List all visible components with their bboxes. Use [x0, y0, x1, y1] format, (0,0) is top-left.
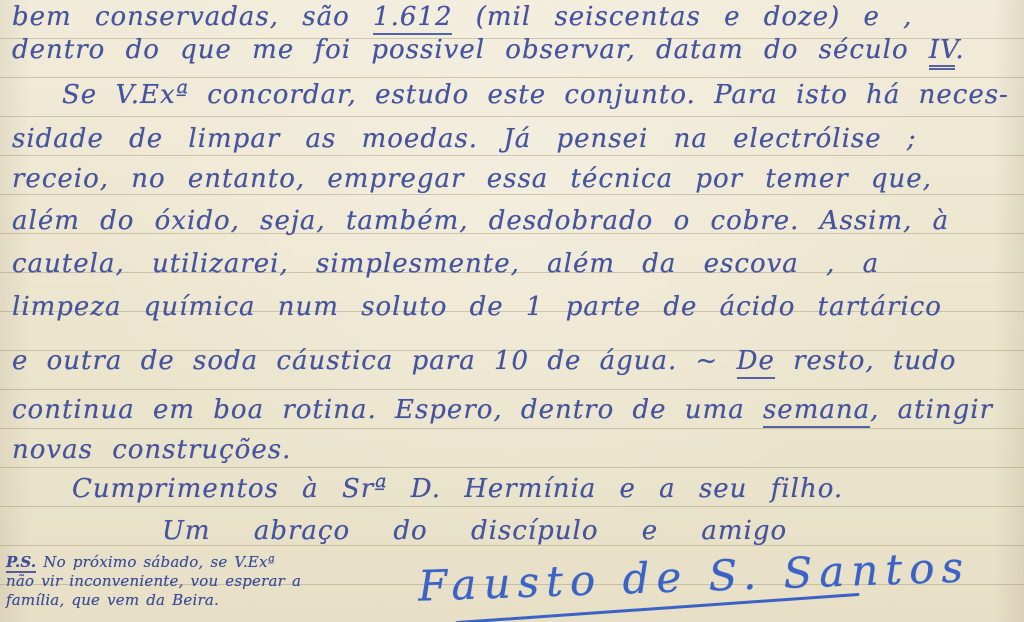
ps-label: P.S.: [6, 553, 36, 573]
letter-line: Se V.Exª concordar, estudo este conjunto…: [62, 79, 1018, 111]
ps-line-1: No próximo sábado, se V.Exª: [36, 553, 275, 571]
signature: Fausto de S. Santos: [417, 542, 971, 611]
ps-line-2: não vir inconveniente, vou esperar a: [6, 572, 301, 590]
ps-note: P.S. No próximo sábado, se V.Exª não vir…: [6, 553, 336, 610]
letter-line: receio, no entanto, empregar essa técnic…: [12, 163, 1018, 195]
ps-line-3: família, que vem da Beira.: [6, 591, 219, 609]
letter-page: bem conservadas, são 1.612 (mil seiscent…: [0, 0, 1024, 622]
letter-line: limpeza química num soluto de 1 parte de…: [12, 291, 1018, 323]
letter-line: bem conservadas, são 1.612 (mil seiscent…: [12, 1, 1018, 33]
underlined-word: semana: [763, 395, 870, 428]
letter-line: sidade de limpar as moedas. Já pensei na…: [12, 123, 1018, 155]
underlined-roman-numeral: IV: [929, 35, 956, 70]
underlined-word: De: [737, 346, 775, 379]
letter-line: cautela, utilizarei, simplesmente, além …: [12, 248, 1018, 280]
letter-line: continua em boa rotina. Espero, dentro d…: [12, 394, 1018, 426]
closing-line: Um abraço do discípulo e amigo: [162, 515, 1018, 547]
letter-line: e outra de soda cáustica para 10 de água…: [12, 345, 1018, 377]
greeting-line: Cumprimentos à Srª D. Hermínia e a seu f…: [72, 473, 1018, 505]
letter-line: dentro do que me foi possivel observar, …: [12, 34, 1018, 66]
letter-line: novas construções.: [12, 434, 1018, 466]
letter-line: além do óxido, seja, também, desdobrado …: [12, 205, 1018, 237]
underlined-number: 1.612: [373, 2, 452, 35]
